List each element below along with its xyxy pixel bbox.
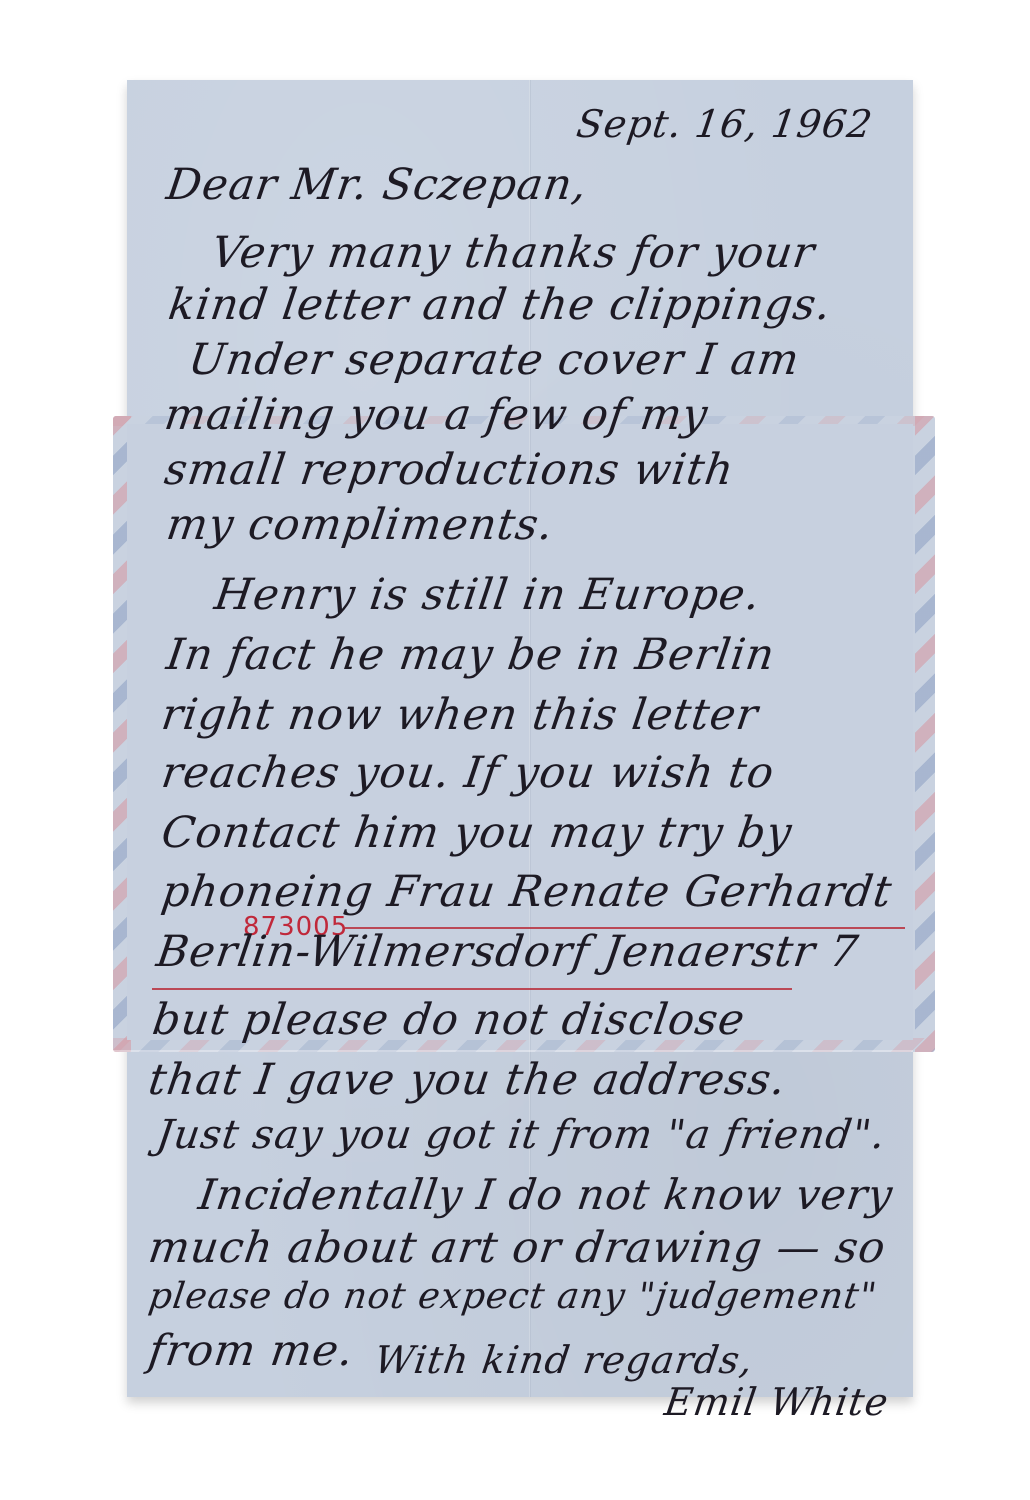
handwritten-text: Sept. 16, 1962 Dear Mr. Sczepan, Very ma… [127, 80, 913, 1397]
body-line: my compliments. [163, 500, 556, 550]
body-line: small reproductions with [161, 445, 737, 495]
body-line: phoneing Frau Renate Gerhardt [158, 867, 895, 917]
body-line: Under separate cover I am [185, 335, 802, 385]
airmail-border-right [915, 416, 935, 1052]
body-line: Very many thanks for your [208, 228, 818, 278]
salutation: Dear Mr. Sczepan, [163, 160, 590, 210]
body-line: but please do not disclose [149, 995, 748, 1045]
red-underline-address [152, 988, 792, 990]
closing: With kind regards, [372, 1338, 756, 1382]
body-line: much about art or drawing — so [145, 1223, 889, 1273]
body-line: Berlin-Wilmersdorf Jenaerstr 7 [153, 927, 861, 977]
body-line: reaches you. If you wish to [158, 748, 777, 798]
body-line: Contact him you may try by [158, 808, 795, 858]
body-line: Just say you got it from "a friend". [154, 1112, 889, 1158]
body-line: Incidentally I do not know very [196, 1170, 897, 1219]
body-line: kind letter and the clippings. [165, 280, 834, 330]
signature: Emil White [662, 1380, 892, 1424]
body-line: please do not expect any "judgement" [146, 1276, 880, 1317]
letter-date: Sept. 16, 1962 [574, 102, 876, 146]
body-line: from me. [145, 1326, 357, 1376]
body-line: that I gave you the address. [145, 1055, 789, 1105]
body-line: mailing you a few of my [161, 390, 711, 440]
body-line: In fact he may be in Berlin [163, 630, 778, 680]
body-line: Henry is still in Europe. [211, 570, 763, 620]
body-line: right now when this letter [158, 690, 761, 740]
